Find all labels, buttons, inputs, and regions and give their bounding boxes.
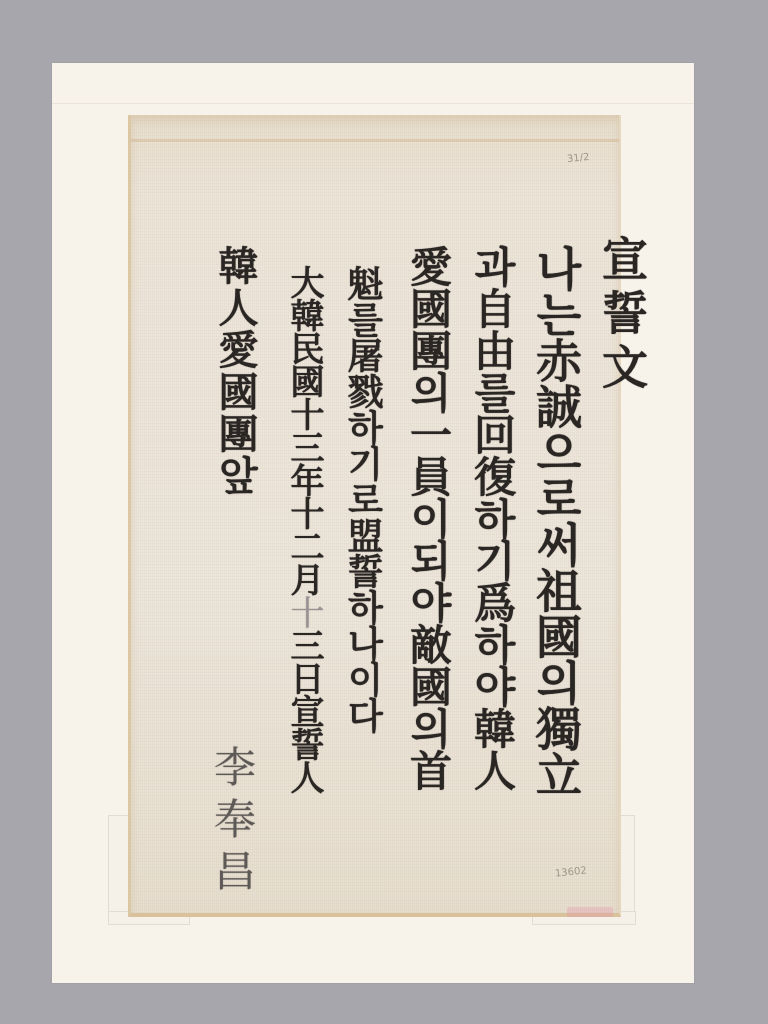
oath-column-4: 魁를屠戮하기로盟誓하나이다 [345, 265, 381, 733]
oath-taker-label: 宣誓人 [284, 694, 324, 793]
recipient-line: 韓人愛國團앞 [215, 245, 255, 497]
mount-edge-line [52, 103, 694, 104]
oath-column-2: 과自由를回復하기爲하야韓人 [471, 245, 513, 791]
oath-cloth-document: 宣誓文 나는赤誠으로써祖國의獨立 과自由를回復하기爲하야韓人 愛國團의一員이되야… [128, 115, 621, 917]
fold-line [131, 139, 619, 142]
date-main: 大韓民國十三年十二月 [284, 265, 324, 595]
oath-column-1: 나는赤誠으로써祖國의獨立 [533, 245, 579, 797]
faded-red-stamp [567, 907, 613, 917]
document-title: 宣誓文 [599, 235, 645, 397]
date-day: 三日 [284, 628, 324, 694]
pencil-annotation-top: 31/2 [566, 152, 589, 165]
pencil-annotation-bottom: 13602 [555, 865, 588, 879]
oath-column-3: 愛國團의一員이되야敵國의首 [407, 245, 449, 791]
mount-board: 宣誓文 나는赤誠으로써祖國의獨立 과自由를回復하기爲하야韓人 愛國團의一員이되야… [52, 63, 694, 983]
date-correction: 十 [284, 595, 324, 628]
date-column: 大韓民國十三年十二月十三日宣誓人 [287, 265, 321, 793]
signature: 李奉昌 [211, 745, 253, 901]
